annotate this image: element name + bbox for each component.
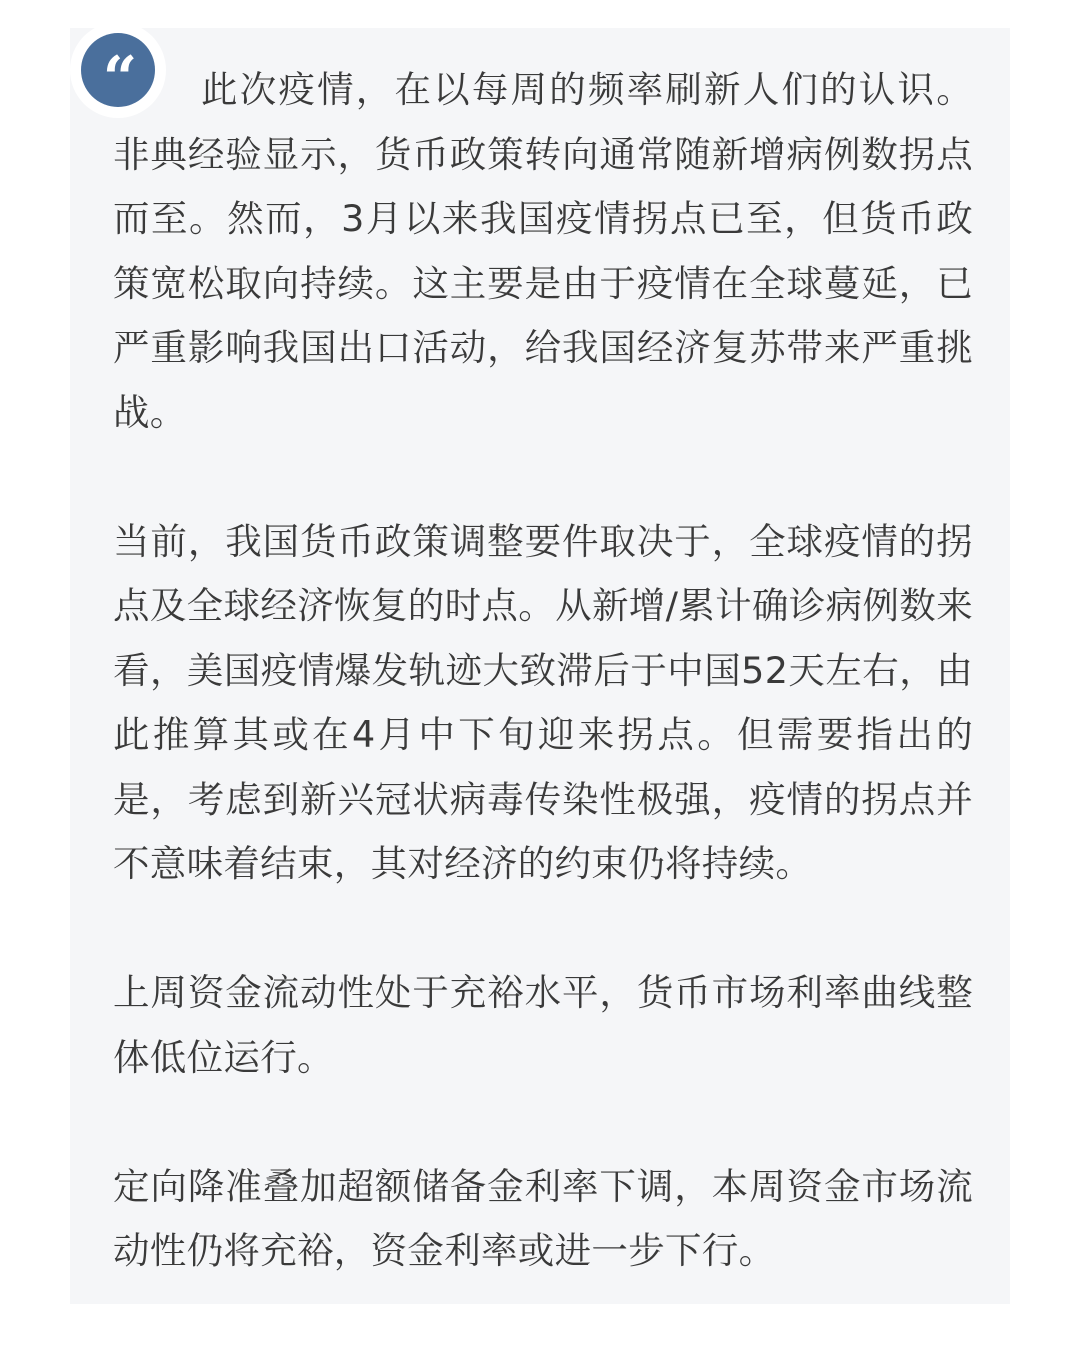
quote-text: 此次疫情，在以每周的频率刷新人们的认识。非典经验显示，货币政策转向通常随新增病例… [113,58,973,1284]
paragraph-3: 上周资金流动性处于充裕水平，货币市场利率曲线整体低位运行。 [113,961,973,1090]
paragraph-spacer [113,445,973,510]
paragraph-1: 此次疫情，在以每周的频率刷新人们的认识。非典经验显示，货币政策转向通常随新增病例… [113,58,973,445]
paragraph-spacer [113,897,973,962]
paragraph-4: 定向降准叠加超额储备金利率下调，本周资金市场流动性仍将充裕，资金利率或进一步下行… [113,1155,973,1284]
paragraph-2: 当前，我国货币政策调整要件取决于，全球疫情的拐点及全球经济恢复的时点。从新增/累… [113,510,973,897]
paragraph-spacer [113,1090,973,1155]
